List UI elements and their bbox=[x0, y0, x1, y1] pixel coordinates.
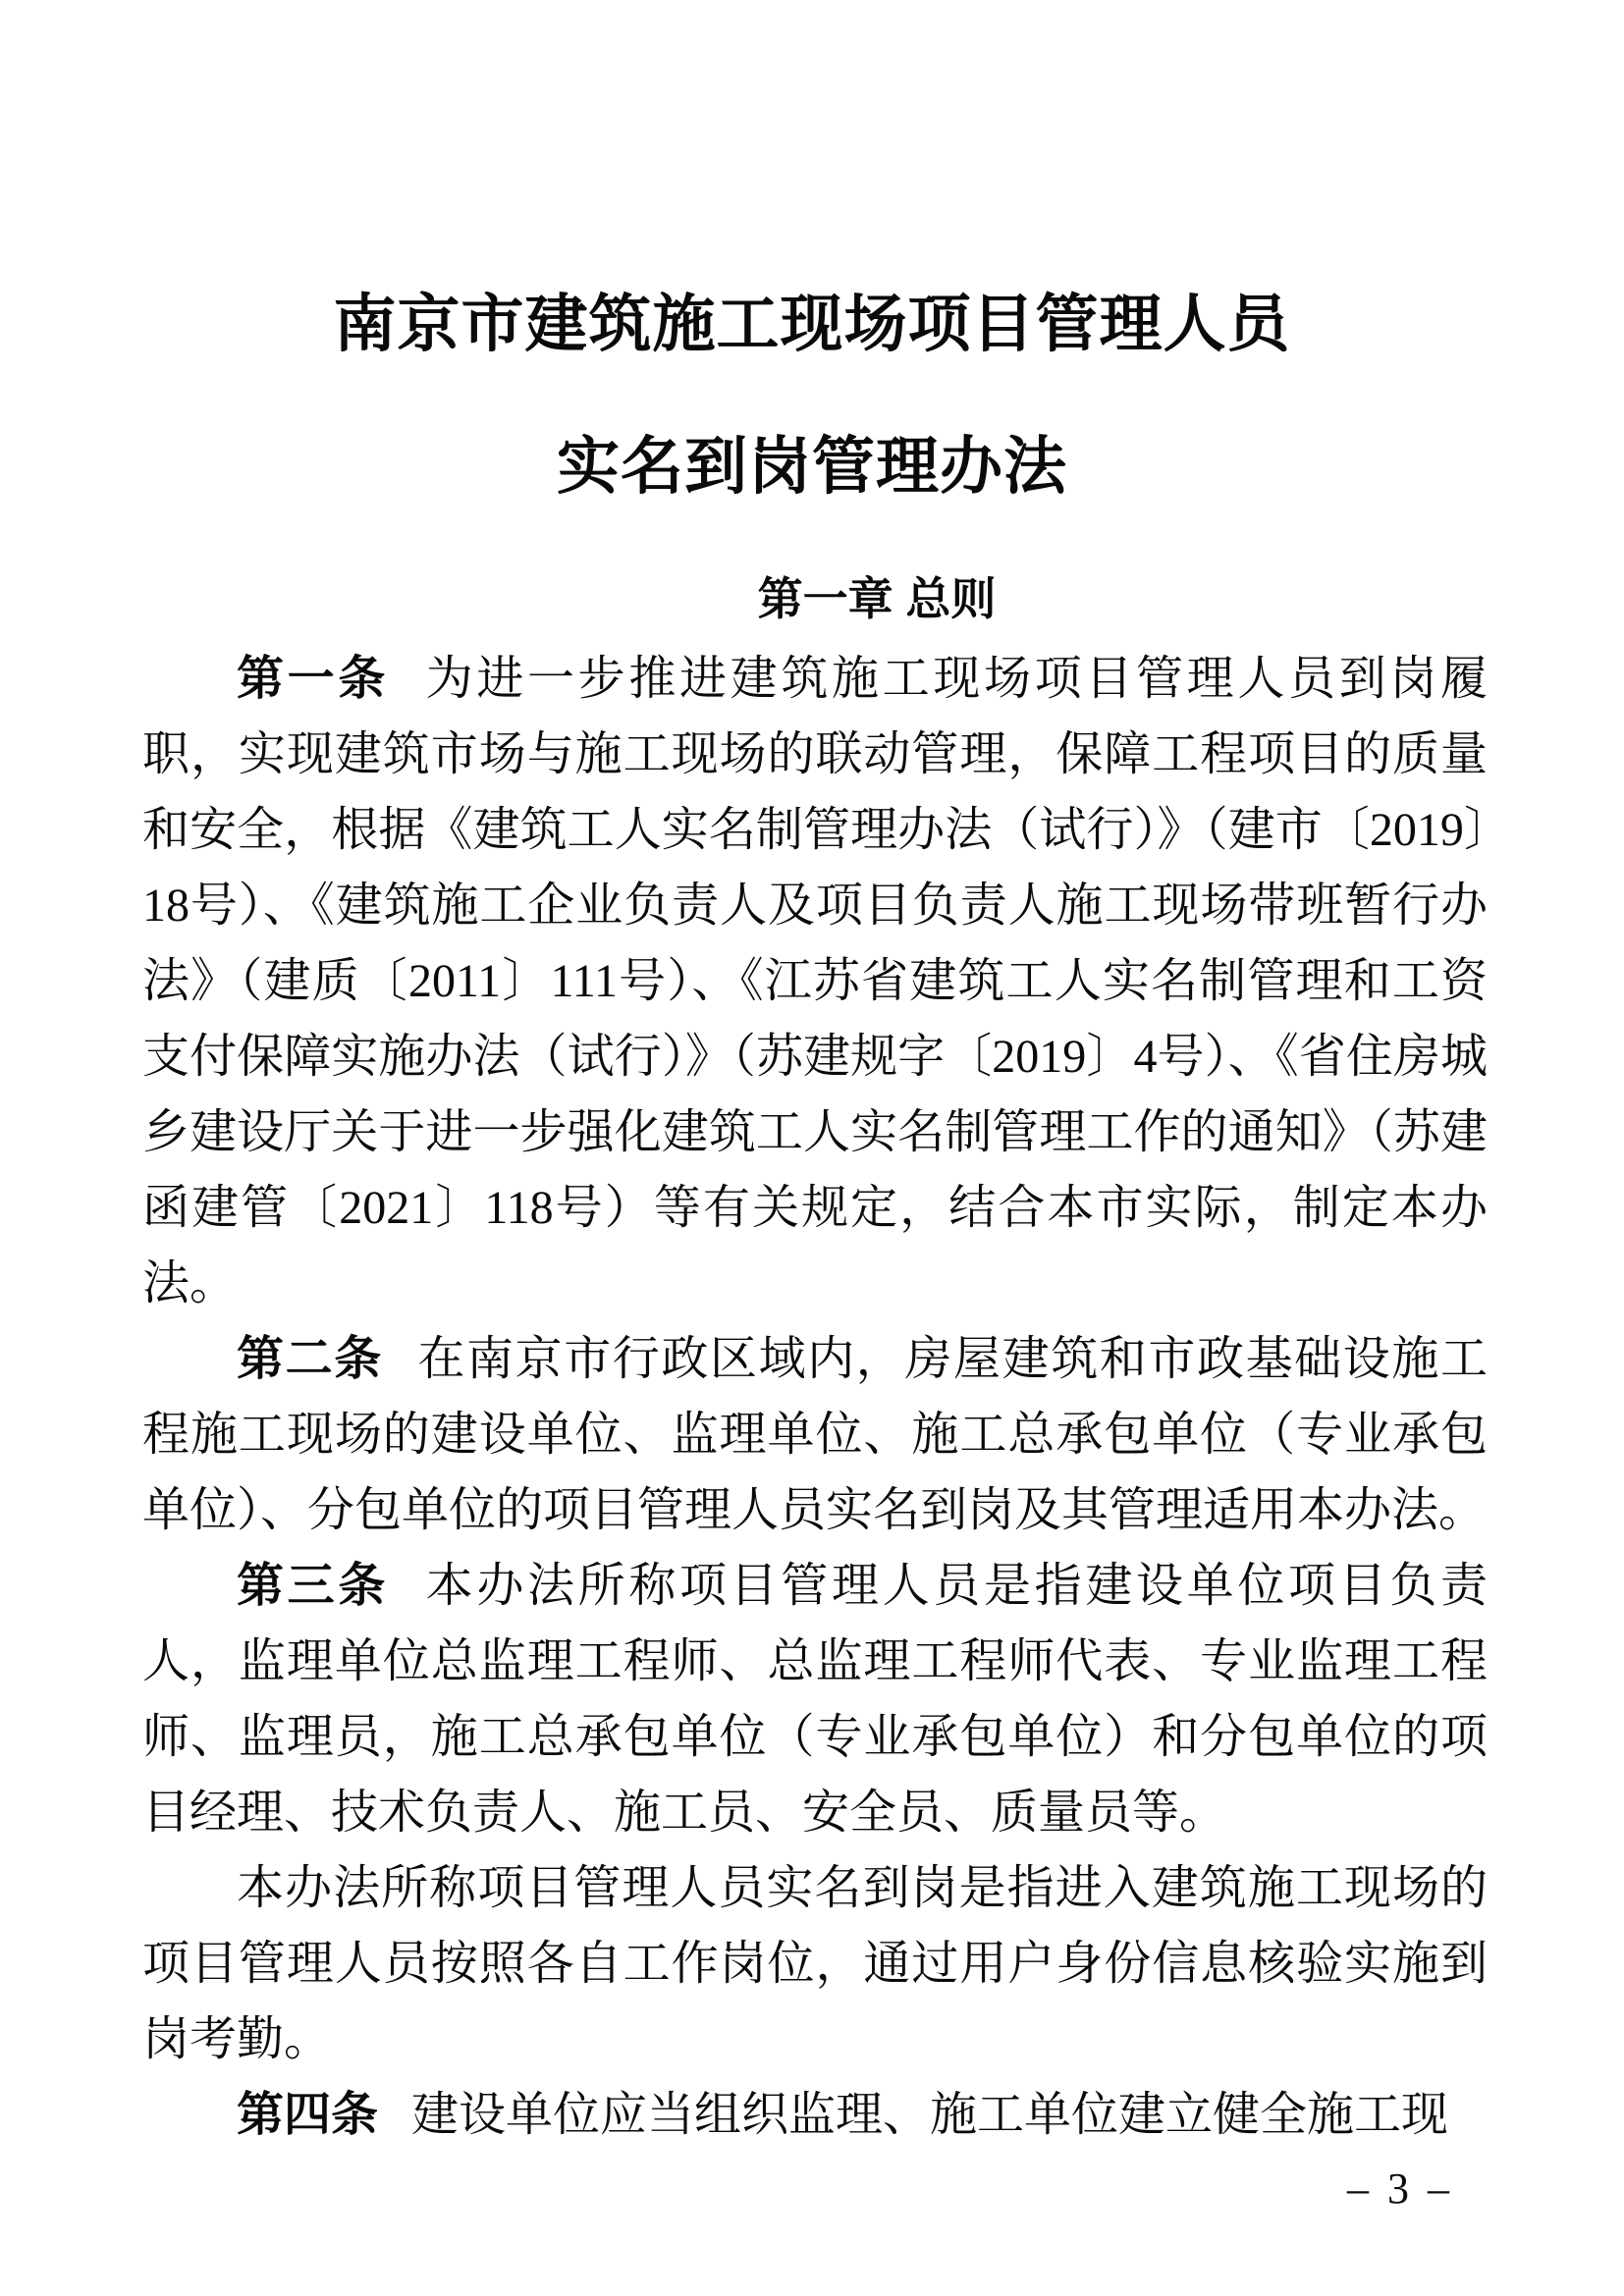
paragraph-text: 为进一步推进建筑施工现场项目管理人员到岗履职，实现建筑市场与施工现场的联动管理，… bbox=[142, 653, 1488, 1309]
paragraph-text: 本办法所称项目管理人员实名到岗是指进入建筑施工现场的项目管理人员按照各自工作岗位… bbox=[142, 1862, 1488, 2065]
document-title: 南京市建筑施工现场项目管理人员 实名到岗管理办法 bbox=[0, 0, 1624, 538]
page-number: – 3 – bbox=[1347, 2160, 1453, 2218]
document-body: 第一条 为进一步推进建筑施工现场项目管理人员到岗履职，实现建筑市场与施工现场的联… bbox=[142, 641, 1488, 2153]
article-number-label: 第三条 bbox=[237, 1560, 389, 1612]
article-number-label: 第二条 bbox=[237, 1333, 383, 1385]
document-page: 南京市建筑施工现场项目管理人员 实名到岗管理办法 第一章 总则 第一条 为进一步… bbox=[0, 0, 1624, 2296]
paragraph-text: 建设单位应当组织监理、施工单位建立健全施工现 bbox=[411, 2089, 1448, 2141]
document-paragraph: 第三条 本办法所称项目管理人员是指建设单位项目负责人，监理单位总监理工程师、总监… bbox=[142, 1548, 1488, 1850]
document-paragraph: 第四条 建设单位应当组织监理、施工单位建立健全施工现 bbox=[142, 2077, 1488, 2153]
article-number-label: 第四条 bbox=[237, 2089, 378, 2141]
document-paragraph: 第一条 为进一步推进建筑施工现场项目管理人员到岗履职，实现建筑市场与施工现场的联… bbox=[142, 641, 1488, 1321]
document-paragraph: 本办法所称项目管理人员实名到岗是指进入建筑施工现场的项目管理人员按照各自工作岗位… bbox=[142, 1850, 1488, 2077]
document-title-line2: 实名到岗管理办法 bbox=[0, 396, 1624, 538]
chapter-heading: 第一章 总则 bbox=[65, 568, 1624, 629]
document-paragraph: 第二条 在南京市行政区域内，房屋建筑和市政基础设施工程施工现场的建设单位、监理单… bbox=[142, 1321, 1488, 1548]
article-number-label: 第一条 bbox=[237, 653, 389, 705]
document-title-line1: 南京市建筑施工现场项目管理人员 bbox=[0, 253, 1624, 396]
